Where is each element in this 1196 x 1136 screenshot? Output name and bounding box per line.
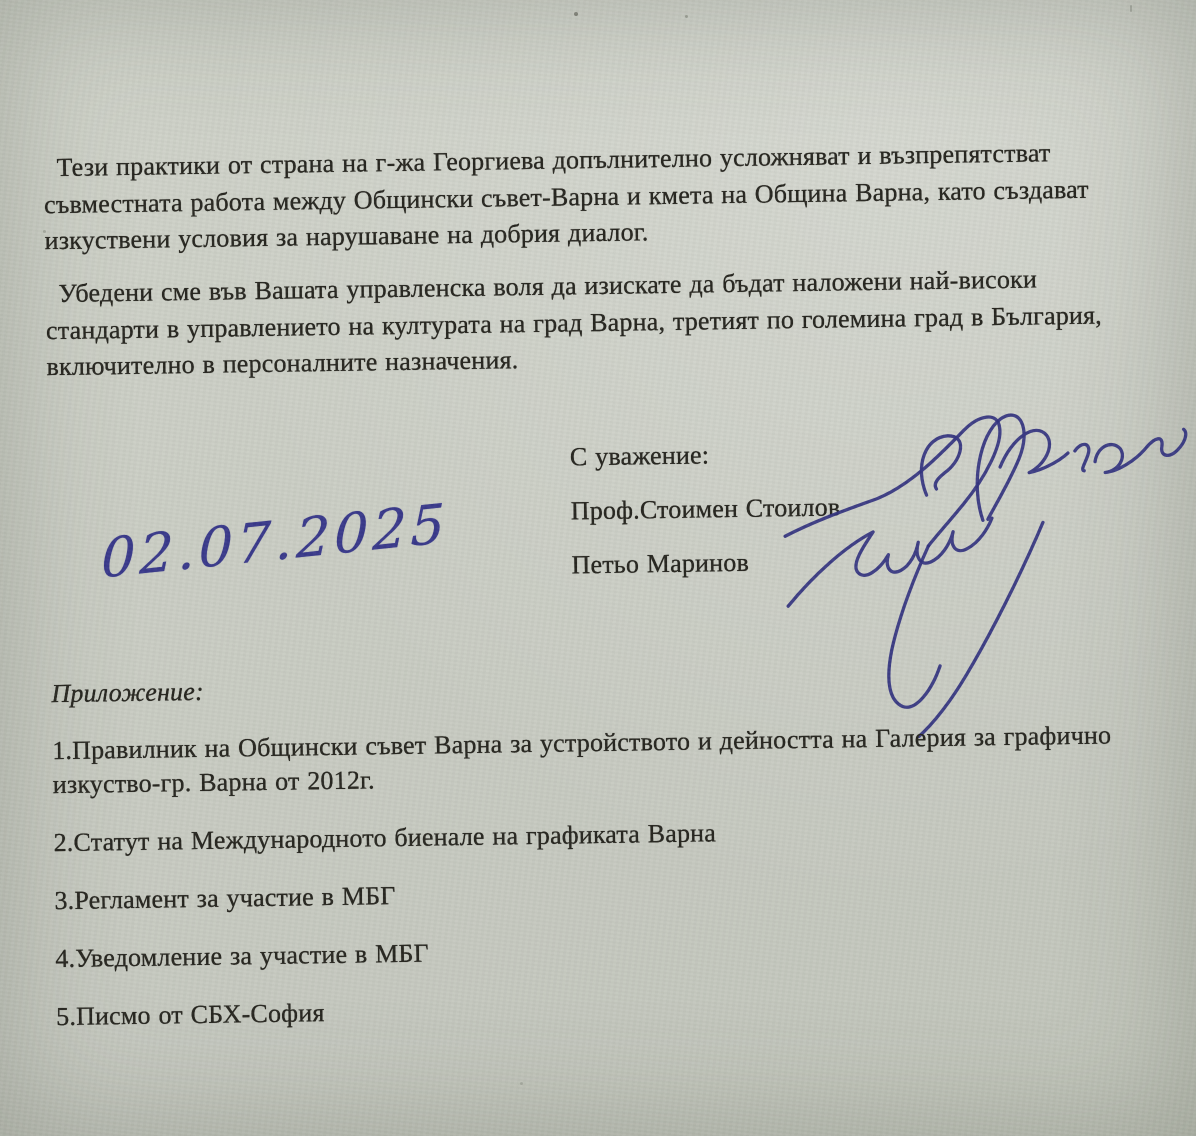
attachments-heading: Приложение: (51, 660, 1131, 712)
body-paragraph-2: Убедени сме във Вашата управленска воля … (45, 260, 1142, 386)
attachments-section: Приложение: 1.Правилник на Общински съве… (51, 660, 1137, 1058)
attachment-item-5: 5.Писмо от СБХ-София (56, 984, 1136, 1034)
scanned-letter-page: Тези практики от страна на г-жа Георгиев… (0, 0, 1196, 1136)
handwritten-date: 02.07.2025 (101, 492, 450, 591)
attachment-item-2: 2.Статут на Международното биенале на гр… (53, 810, 1133, 860)
paper-speck (520, 1082, 523, 1085)
attachment-item-3: 3.Регламент за участие в МБГ (54, 868, 1134, 918)
paper-speck (574, 12, 578, 16)
paper-speck (43, 230, 46, 233)
paper-speck (685, 15, 688, 18)
paper-speck (1130, 5, 1132, 12)
body-paragraph-1: Тези практики от страна на г-жа Георгиев… (43, 134, 1140, 260)
attachment-item-1: 1.Правилник на Общински съвет Варна за у… (52, 718, 1133, 802)
attachment-item-4: 4.Уведомление за участие в МБГ (55, 926, 1135, 976)
scan-tilt-wrapper: Тези практики от страна на г-жа Георгиев… (0, 0, 1196, 1136)
